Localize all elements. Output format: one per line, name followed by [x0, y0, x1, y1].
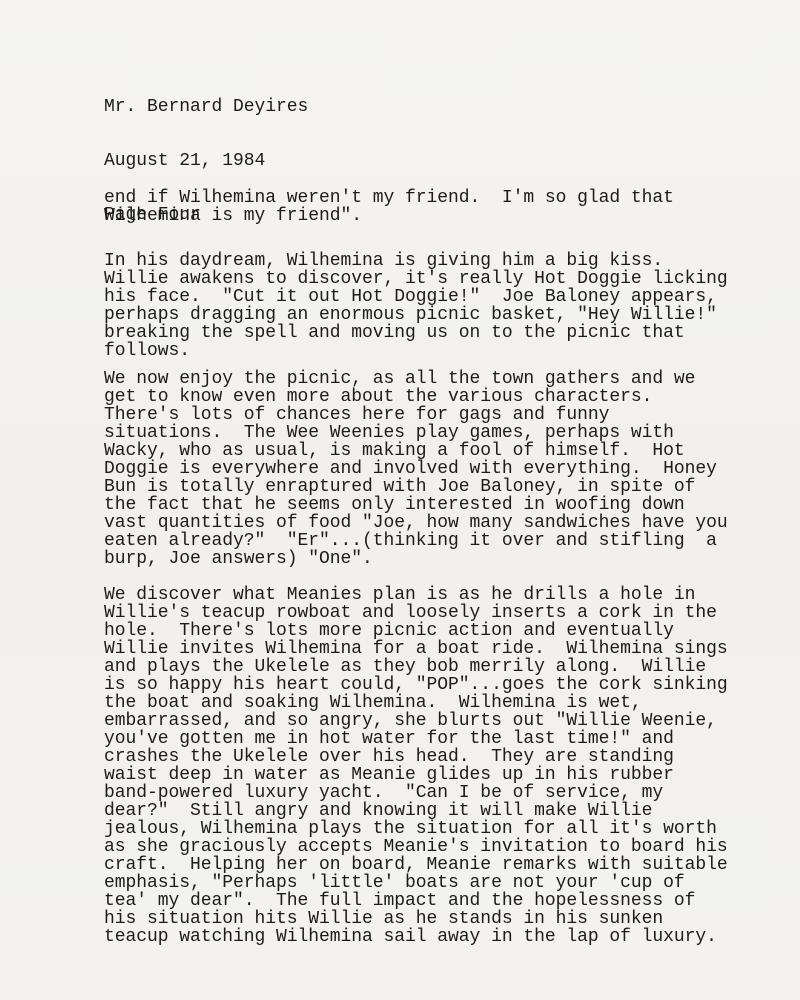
text-line: Willie awakens to discover, it's really … [104, 270, 728, 288]
paragraph-4: We discover what Meanies plan is as he d… [104, 586, 728, 946]
text-line: his face. "Cut it out Hot Doggie!" Joe B… [104, 288, 728, 306]
text-line: breaking the spell and moving us on to t… [104, 324, 728, 342]
text-line: get to know even more about the various … [104, 388, 728, 406]
text-line: the fact that he seems only interested i… [104, 496, 728, 514]
text-line: crashes the Ukelele over his head. They … [104, 748, 728, 766]
text-line: We now enjoy the picnic, as all the town… [104, 370, 728, 388]
text-line: In his daydream, Wilhemina is giving him… [104, 252, 728, 270]
text-line: burp, Joe answers) "One". [104, 550, 728, 568]
text-line: embarrassed, and so angry, she blurts ou… [104, 712, 728, 730]
text-line: follows. [104, 342, 728, 360]
paragraph-1: end if Wilhemina weren't my friend. I'm … [104, 189, 674, 225]
recipient-name: Mr. Bernard Deyires [104, 98, 308, 116]
text-line: band-powered luxury yacht. "Can I be of … [104, 784, 728, 802]
text-line: perhaps dragging an enormous picnic bask… [104, 306, 728, 324]
text-line: as she graciously accepts Meanie's invit… [104, 838, 728, 856]
text-line: jealous, Wilhemina plays the situation f… [104, 820, 728, 838]
text-line: Doggie is everywhere and involved with e… [104, 460, 728, 478]
paragraph-3: We now enjoy the picnic, as all the town… [104, 370, 728, 568]
text-line: There's lots of chances here for gags an… [104, 406, 728, 424]
paragraph-2: In his daydream, Wilhemina is giving him… [104, 252, 728, 360]
text-line: vast quantities of food "Joe, how many s… [104, 514, 728, 532]
text-line: is so happy his heart could, "POP"...goe… [104, 676, 728, 694]
text-line: tea' my dear". The full impact and the h… [104, 892, 728, 910]
text-line: and plays the Ukelele as they bob merril… [104, 658, 728, 676]
text-line: dear?" Still angry and knowing it will m… [104, 802, 728, 820]
text-line: end if Wilhemina weren't my friend. I'm … [104, 189, 674, 207]
text-line: craft. Helping her on board, Meanie rema… [104, 856, 728, 874]
text-line: hole. There's lots more picnic action an… [104, 622, 728, 640]
text-line: Willie's teacup rowboat and loosely inse… [104, 604, 728, 622]
text-line: eaten already?" "Er"...(thinking it over… [104, 532, 728, 550]
text-line: his situation hits Willie as he stands i… [104, 910, 728, 928]
letter-page: Mr. Bernard Deyires August 21, 1984 Page… [0, 0, 800, 1000]
text-line: the boat and soaking Wilhemina. Wilhemin… [104, 694, 728, 712]
text-line: teacup watching Wilhemina sail away in t… [104, 928, 728, 946]
text-line: situations. The Wee Weenies play games, … [104, 424, 728, 442]
text-line: Bun is totally enraptured with Joe Balon… [104, 478, 728, 496]
text-line: Willie invites Wilhemina for a boat ride… [104, 640, 728, 658]
text-line: We discover what Meanies plan is as he d… [104, 586, 728, 604]
text-line: Wacky, who as usual, is making a fool of… [104, 442, 728, 460]
text-line: waist deep in water as Meanie glides up … [104, 766, 728, 784]
text-line: you've gotten me in hot water for the la… [104, 730, 728, 748]
text-line: emphasis, "Perhaps 'little' boats are no… [104, 874, 728, 892]
text-line: Wilhemina is my friend". [104, 207, 674, 225]
letter-header: Mr. Bernard Deyires August 21, 1984 Page… [104, 62, 308, 260]
letter-date: August 21, 1984 [104, 152, 308, 170]
